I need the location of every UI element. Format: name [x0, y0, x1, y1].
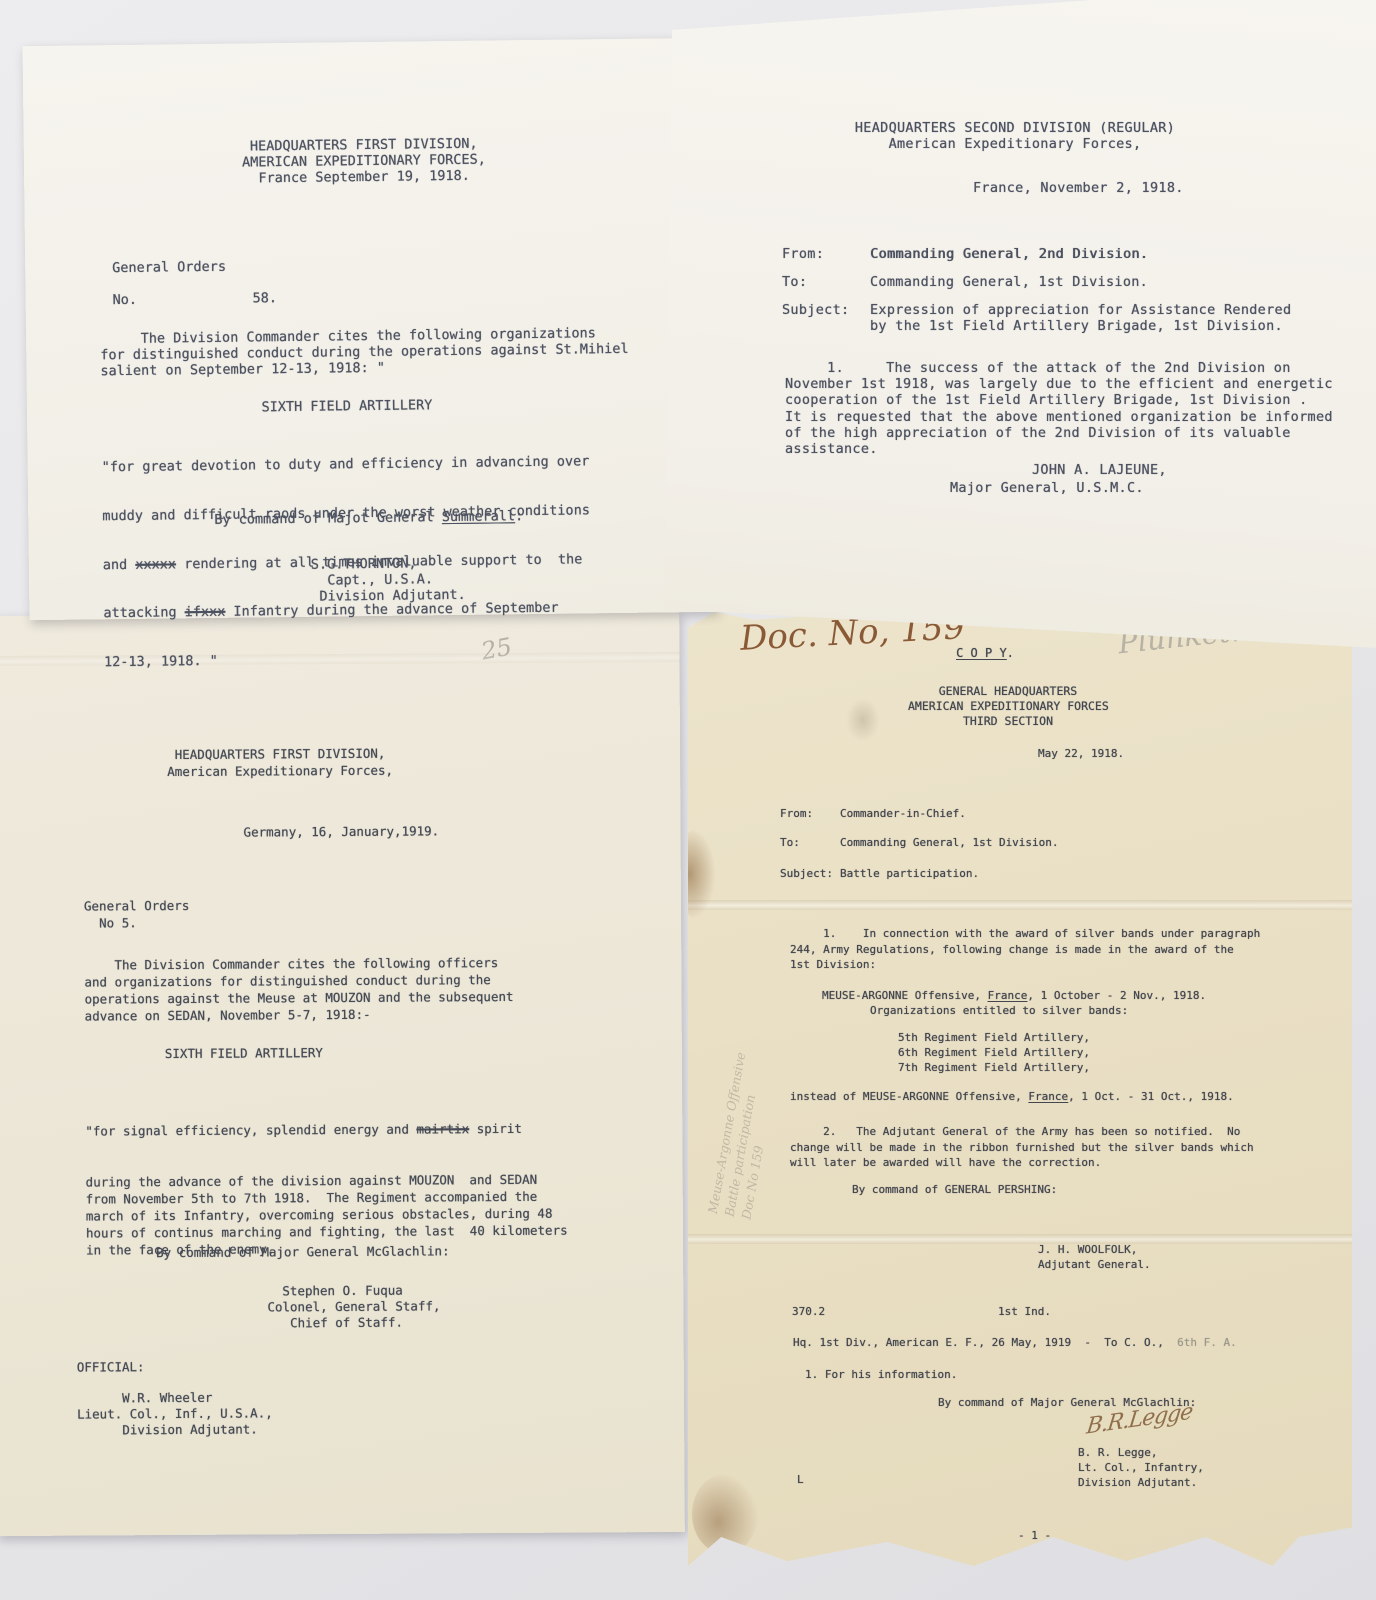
doc3-orders: General Orders No 5. — [84, 897, 190, 932]
text-segment: 12-13, 1918. " — [104, 653, 218, 670]
text-segment: and — [103, 557, 136, 573]
doc4-signature-woolfolk: J. H. WOOLFOLK, Adjutant General. — [1038, 1242, 1151, 1272]
doc2-from-label: From: — [782, 246, 824, 262]
doc3-header: HEADQUARTERS FIRST DIVISION, American Ex… — [130, 744, 430, 780]
doc2-date: France, November 2, 1918. — [973, 180, 1184, 196]
underlined-copy: C O P Y — [956, 646, 1007, 660]
doc4-to-value: Commanding General, 1st Division. — [840, 835, 1059, 851]
text-segment: "for great devotion to duty and efficien… — [102, 454, 590, 476]
handwritten-doc-number: Doc. No, 159 — [740, 620, 966, 647]
doc4-copy-label: C O P Y. — [925, 646, 1045, 662]
text-segment: instead of MEUSE-ARGONNE Offensive, — [790, 1090, 1028, 1103]
doc2-subject-value: Expression of appreciation for Assistanc… — [870, 302, 1291, 334]
doc4-from-label: From: — [780, 806, 813, 822]
stain — [692, 1474, 758, 1554]
stain — [678, 828, 716, 920]
doc2-header: HEADQUARTERS SECOND DIVISION (REGULAR) A… — [825, 120, 1205, 152]
photo-of-documents: HEADQUARTERS FIRST DIVISION, American Ex… — [0, 0, 1376, 1600]
faint-text-segment: 6th F. A. — [1177, 1336, 1237, 1349]
doc4-header: GENERAL HEADQUARTERS AMERICAN EXPEDITION… — [908, 684, 1108, 729]
text-segment: By command of Majot General — [214, 509, 442, 528]
fold-crease — [688, 900, 1352, 910]
doc4-offensive-line: MEUSE-ARGONNE Offensive, France, 1 Octob… — [822, 988, 1206, 1004]
doc3-official-label: OFFICIAL: — [77, 1358, 145, 1375]
doc2-to-label: To: — [782, 274, 807, 290]
doc1-signature-thornton: S.G.THORNTON, Capt., U.S.A. Division Adj… — [311, 555, 466, 605]
doc1-paragraph-1: The Division Commander cites the followi… — [100, 325, 629, 380]
doc4-from-value: Commander-in-Chief. — [840, 806, 966, 822]
doc4-indorsement-label: 1st Ind. — [998, 1304, 1051, 1320]
struck-word: ifxxx — [185, 604, 226, 620]
struck-word: mairtix — [416, 1121, 469, 1136]
underlined-france: France — [988, 989, 1028, 1002]
doc3-citation-text: "for signal efficiency, splendid energy … — [85, 1086, 568, 1293]
doc4-info-line: 1. For his information. — [805, 1367, 957, 1383]
doc4-subject-value: Battle participation. — [840, 866, 979, 882]
struck-word: xxxxx — [135, 556, 176, 572]
quote-line: "for great devotion to duty and efficien… — [102, 454, 590, 476]
document-go58-first-division: HEADQUARTERS FIRST DIVISION, AMERICAN EX… — [23, 38, 718, 620]
text-segment: spirit — [469, 1121, 522, 1136]
text-segment: "for signal efficiency, splendid energy … — [85, 1122, 416, 1139]
doc2-from-value: Commanding General, 2nd Division. — [870, 246, 1148, 262]
doc4-page-number: - 1 - — [1018, 1528, 1051, 1544]
doc4-signature-legge: B. R. Legge, Lt. Col., Infantry, Divisio… — [1078, 1445, 1204, 1490]
doc2-subject-label: Subject: — [782, 302, 849, 318]
doc4-margin-letter: L — [797, 1472, 804, 1488]
doc4-date: May 22, 1918. — [1038, 746, 1124, 762]
doc4-to-label: To: — [780, 835, 800, 851]
doc4-paragraph-2: 2. The Adjutant General of the Army has … — [790, 1124, 1254, 1171]
document-go5-first-division: HEADQUARTERS FIRST DIVISION, American Ex… — [0, 612, 685, 1536]
text-segment: MEUSE-ARGONNE Offensive, — [822, 989, 988, 1002]
fold-crease — [688, 1234, 1352, 1244]
text-segment: . — [1007, 646, 1014, 660]
doc4-regiment-list: 5th Regiment Field Artillery, 6th Regime… — [898, 1030, 1090, 1075]
underlined-france: France — [1028, 1090, 1068, 1103]
doc4-paragraph-1: 1. In connection with the award of silve… — [790, 926, 1260, 973]
doc3-paragraph-1: The Division Commander cites the followi… — [84, 954, 513, 1025]
doc4-instead-line: instead of MEUSE-ARGONNE Offensive, Fran… — [790, 1089, 1234, 1105]
document-second-division-letter: HEADQUARTERS SECOND DIVISION (REGULAR) A… — [664, 0, 1376, 648]
doc3-by-command: By command of Major General McGlachlin: — [156, 1242, 450, 1261]
doc2-signature-title: Major General, U.S.M.C. — [950, 480, 1144, 496]
text-segment: Hq. 1st Div., American E. F., 26 May, 19… — [793, 1336, 1177, 1349]
doc1-no-value: 58. — [253, 290, 278, 306]
doc3-signature-wheeler: W.R. Wheeler Lieut. Col., Inf., U.S.A., … — [77, 1389, 273, 1438]
document-ghq-copy-battle-participation: Doc. No, 159 C O P Y. Plunket. GENERAL H… — [688, 600, 1352, 1566]
underlined-name: Summerall — [442, 508, 515, 525]
doc1-orders-label: General Orders — [112, 259, 226, 277]
text-segment: , 1 Oct. - 31 Oct., 1918. — [1068, 1090, 1234, 1103]
doc1-unit-citation: SIXTH FIELD ARTILLERY — [197, 396, 497, 416]
quote-line: "for signal efficiency, splendid energy … — [85, 1120, 567, 1140]
doc3-unit-citation: SIXTH FIELD ARTILLERY — [94, 1044, 394, 1063]
doc2-signature-lejeune: JOHN A. LAJEUNE, — [1032, 462, 1167, 478]
doc4-by-command-pershing: By command of GENERAL PERSHING: — [852, 1182, 1057, 1198]
text-segment: : — [515, 508, 523, 524]
doc1-no-label: No. — [113, 292, 138, 308]
stain — [846, 698, 880, 742]
margin-pencil-notes: Meuse-Argonne Offensive Battle participa… — [704, 1051, 783, 1221]
doc4-offensive-sub: Organizations entitled to silver bands: — [870, 1003, 1128, 1019]
doc3-signature-fuqua: Stephen O. Fuqua Colonel, General Staff,… — [267, 1282, 440, 1331]
text-segment: , 1 October - 2 Nov., 1918. — [1027, 989, 1206, 1002]
text-segment: attacking — [103, 605, 184, 622]
doc2-to-value: Commanding General, 1st Division. — [870, 274, 1148, 290]
doc4-subject-label: Subject: — [780, 866, 833, 882]
doc4-indorsement-line: Hq. 1st Div., American E. F., 26 May, 19… — [793, 1335, 1237, 1351]
doc3-date: Germany, 16, January,1919. — [243, 822, 439, 840]
quote-line: 12-13, 1918. " — [104, 648, 592, 670]
doc2-paragraph-1: 1. The success of the attack of the 2nd … — [785, 360, 1333, 457]
doc4-file-number: 370.2 — [792, 1304, 825, 1320]
doc1-header: HEADQUARTERS FIRST DIVISION, AMERICAN EX… — [154, 134, 575, 188]
